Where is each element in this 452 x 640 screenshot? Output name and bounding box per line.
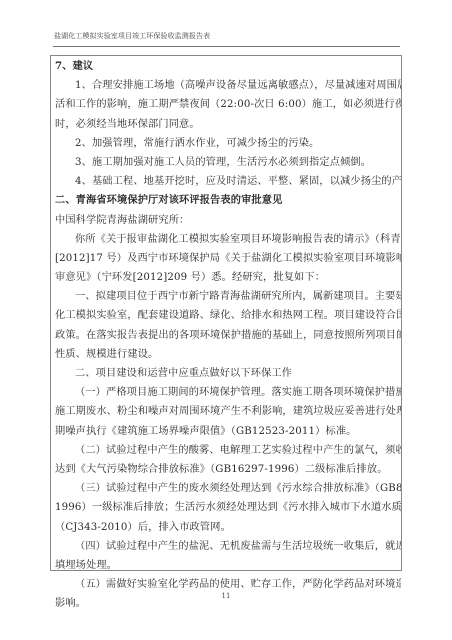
paragraph-line: 中国科学院青海盐湖研究所： [55, 211, 401, 230]
paragraph-line: 活和工作的影响，施工期严禁夜间（22:00-次日 6:00）施工，如必须进行夜间… [55, 95, 401, 114]
paragraph-line: 政策。在落实报告表提出的各项环境保护措施的基础上，同意按照所列项目的地点、 [55, 326, 401, 345]
paragraph-line: （CJ343-2010）后，排入市政管网。 [55, 518, 401, 537]
paragraph-line: 二、项目建设和运营中应重点做好以下环保工作 [55, 364, 401, 383]
paragraph-line: 施工期废水、粉尘和噪声对周围环境产生不利影响，建筑垃圾应妥善进行处理。施工 [55, 402, 401, 421]
document-header-title: 盐湖化工模拟实验室项目竣工环保验收监测报告表 [54, 31, 210, 41]
paragraph-line: 1996）一级标准后排放；生活污水须经处理达到《污水排入城市下水道水质标准》 [55, 498, 401, 517]
paragraph-line: 性质、规模进行建设。 [55, 345, 401, 364]
paragraph-line: 2、加强管理，常施行洒水作业，可减少扬尘的污染。 [55, 134, 401, 153]
paragraph-line: （三）试验过程中产生的废水须经处理达到《污水综合排放标准》（GB8978- [55, 479, 401, 498]
content-lines: 7、建议1、合理安排施工场地（高噪声设备尽量远离敏感点），尽量减速对周围居民的生… [55, 57, 401, 613]
paragraph-line: 化工模拟实验室，配套建设道路、绿化、给排水和热网工程。项目建设符合国家产业 [55, 306, 401, 325]
paragraph-line: 4、基础工程、地基开挖时，应及时清运、平整、紧固，以减少扬尘的产生。 [55, 172, 401, 191]
paragraph-line: （二）试验过程中产生的酸雾、电解理工艺实验过程中产生的氯气，须收集净化 [55, 441, 401, 460]
paragraph-line: 期噪声执行《建筑施工场界噪声限值》（GB12523-2011）标准。 [55, 422, 401, 441]
content-table-cell: 7、建议1、合理安排施工场地（高噪声设备尽量远离敏感点），尽量减速对周围居民的生… [50, 55, 402, 571]
paragraph-line: 1、合理安排施工场地（高噪声设备尽量远离敏感点），尽量减速对周围居民的生 [55, 76, 401, 95]
page-number: 11 [0, 592, 452, 600]
header-divider [53, 46, 400, 47]
paragraph-line: 达到《大气污染物综合排放标准》（GB16297-1996）二级标准后排放。 [55, 460, 401, 479]
paragraph-line: [2012]17 号）及西宁市环境保护局《关于盐湖化工模拟实验室项目环境影响报告… [55, 249, 401, 268]
section-heading: 二、青海省环境保护厅对该环评报告表的审批意见 [55, 191, 401, 210]
paragraph-line: （一）严格项目施工期间的环境保护管理。落实施工期各项环境保护措施，防止 [55, 383, 401, 402]
section-heading: 7、建议 [55, 57, 401, 76]
paragraph-line: 审意见》（宁环发[2012]209 号）悉。经研究，批复如下： [55, 268, 401, 287]
paragraph-line: 时，必须经当地环保部门同意。 [55, 115, 401, 134]
paragraph-line: 一、拟建项目位于西宁市新宁路青海盐湖研究所内，属新建项目。主要建设盐湖 [55, 287, 401, 306]
paragraph-line: 3、施工期加强对施工人员的管理，生活污水必须到指定点倾倒。 [55, 153, 401, 172]
paragraph-line: 填埋场处理。 [55, 556, 401, 575]
paragraph-line: （四）试验过程中产生的盐泥、无机废盐需与生活垃圾统一收集后，就近送垃圾 [55, 537, 401, 556]
paragraph-line: 你所《关于报审盐湖化工模拟实验室项目环境影响报告表的请示》（科青盐发 [55, 230, 401, 249]
